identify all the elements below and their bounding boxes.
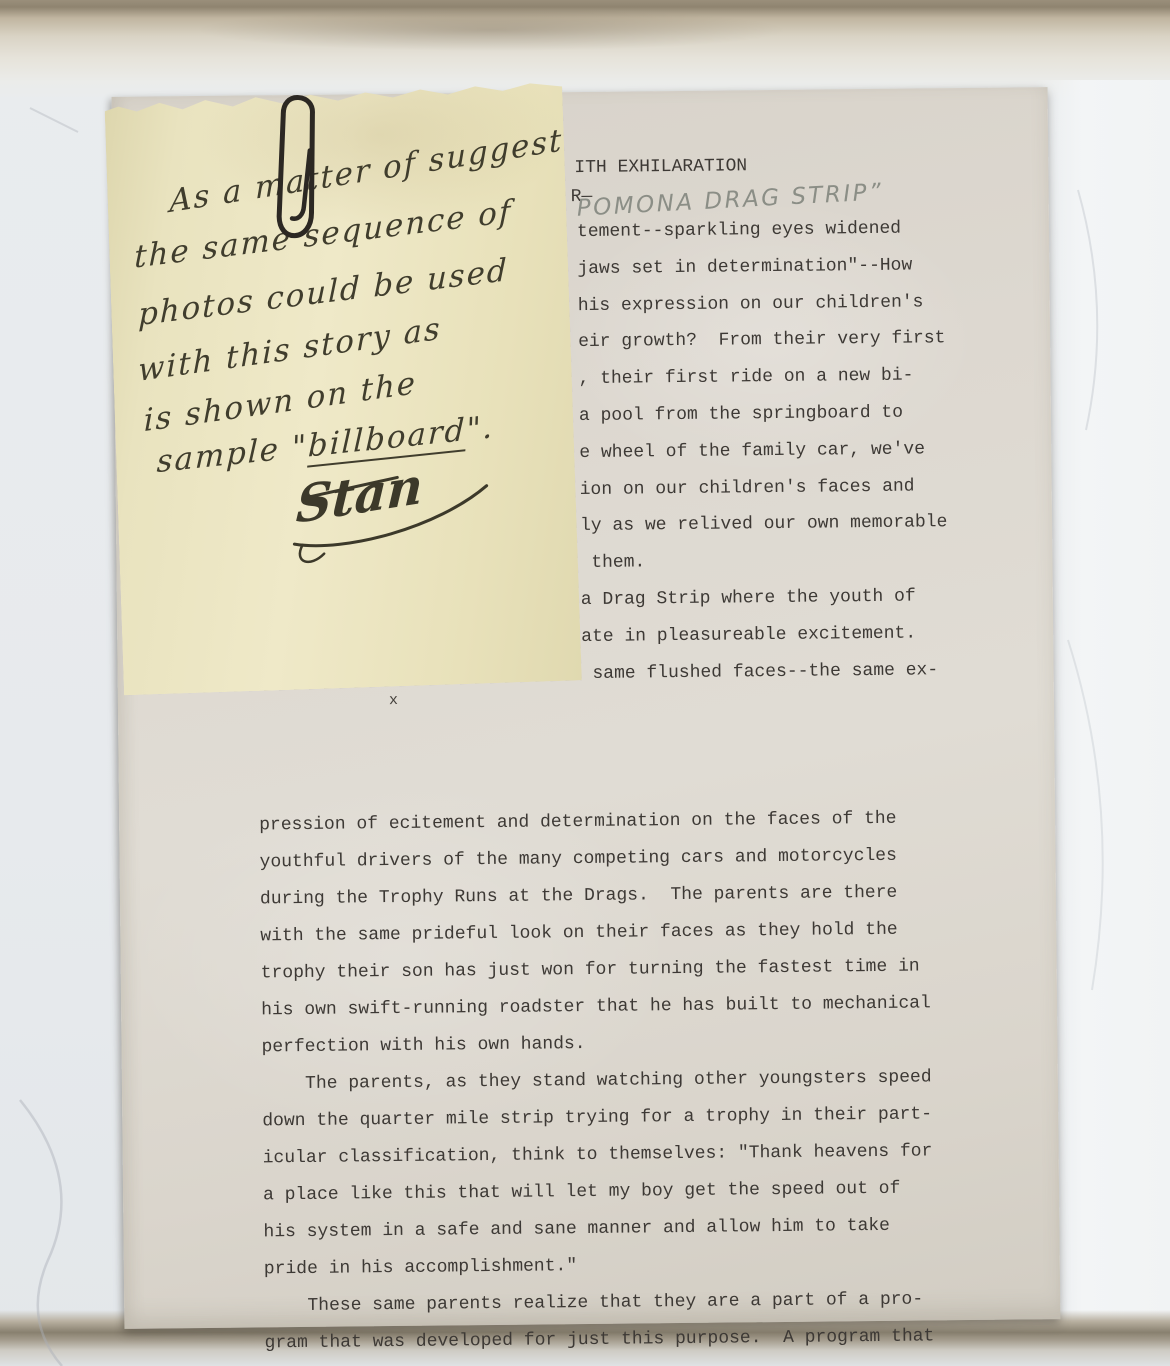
typed-line: ate in pleasureable excitement. — [581, 615, 949, 656]
typed-line: ion on our children's faces and — [580, 468, 948, 509]
typed-upper-fragments: tement--sparkling eyes widenedjaws set i… — [577, 210, 949, 692]
typed-line: them. — [580, 541, 948, 582]
paperclip-icon — [266, 92, 337, 261]
note-signature: Stan — [292, 456, 428, 534]
typed-line: gram that was developed for just this pu… — [264, 1318, 934, 1362]
typed-line: his expression on our children's — [578, 284, 946, 325]
signature-flourish — [279, 452, 510, 575]
note-line-text: ". — [466, 409, 495, 448]
page-header-fragment: ITH EXHILARATION — [574, 156, 747, 178]
note-line: As a matter of suggestion, — [169, 112, 629, 220]
correction-mark-x: x — [389, 682, 398, 719]
note-paper: As a matter of suggestion,the same seque… — [104, 81, 582, 696]
typed-line: jaws set in determination"--How — [577, 247, 945, 288]
typed-line: his own swift-running roadster that he h… — [261, 985, 931, 1029]
typed-line: eir growth? From their very first — [578, 321, 946, 362]
typed-body: x pression of ecitement and determinatio… — [258, 689, 935, 1362]
note-line-text: sample " — [156, 428, 309, 480]
typed-line: his system in a safe and sane manner and… — [263, 1207, 933, 1251]
typed-line: , their first ride on a new bi- — [578, 357, 946, 398]
typed-line: a pool from the springboard to — [579, 394, 947, 435]
typed-line: e wheel of the family car, we've — [579, 431, 947, 472]
typed-line: same flushed faces--the same ex- — [581, 652, 949, 693]
typed-line: ly as we relived our own memorable — [580, 505, 948, 546]
typed-line: a Drag Strip where the youth of — [581, 578, 949, 619]
shelf-top-edge — [0, 0, 1170, 100]
photo-scene: ITH EXHILARATION R— POMONA DRAG STRIP” t… — [0, 0, 1170, 1366]
